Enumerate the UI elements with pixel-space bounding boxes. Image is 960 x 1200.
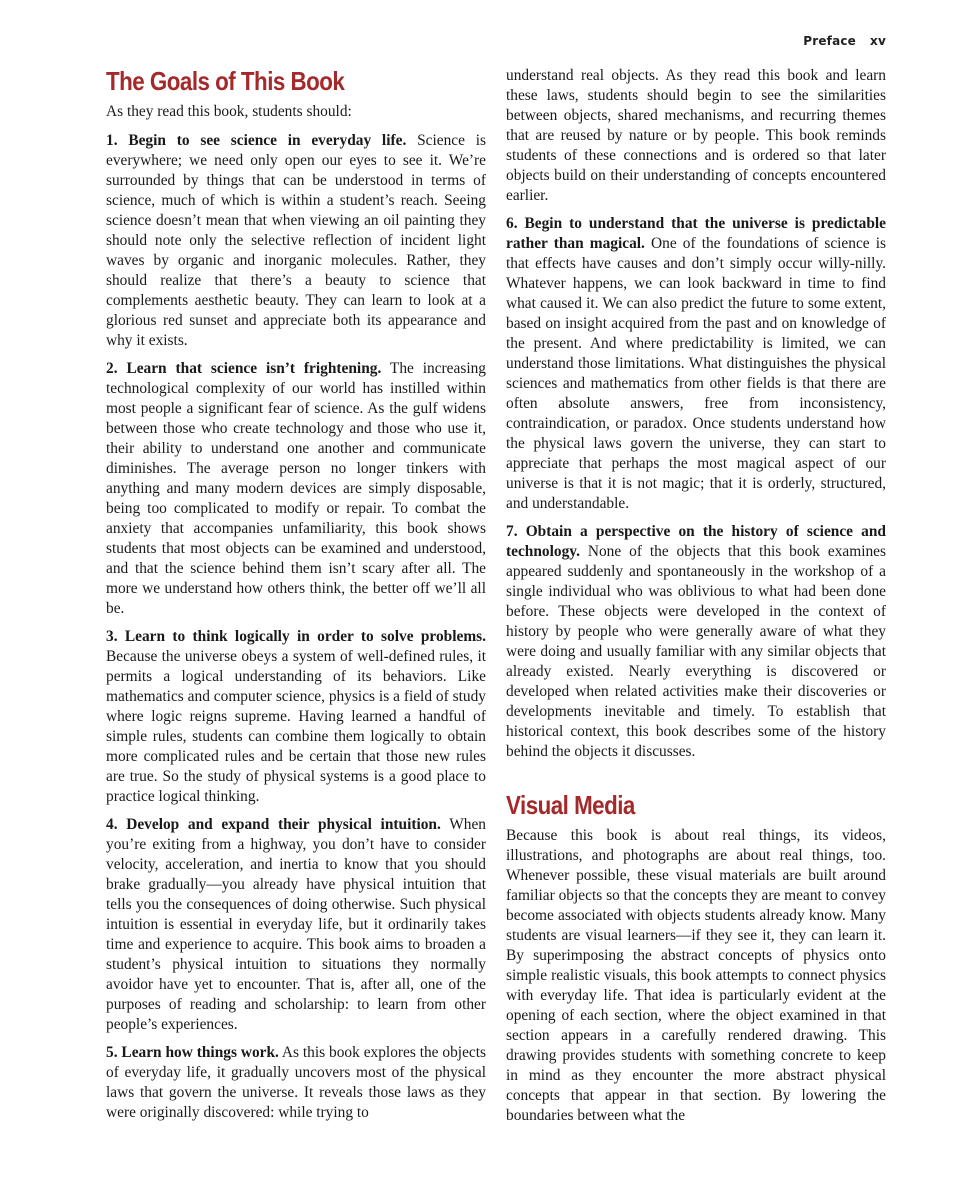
goal-item: 6. Begin to understand that the universe… xyxy=(506,214,886,514)
section-heading-goals: The Goals of This Book xyxy=(106,66,433,96)
goal-item: 5. Learn how things work. As this book e… xyxy=(106,1043,486,1123)
goal-item: 1. Begin to see science in everyday life… xyxy=(106,131,486,351)
goal-text: Science is everywhere; we need only open… xyxy=(106,132,486,349)
goal-item: 2. Learn that science isn’t frightening.… xyxy=(106,359,486,619)
running-head-section: Preface xyxy=(803,34,856,48)
goal-continuation: understand real objects. As they read th… xyxy=(506,66,886,206)
page-number: xv xyxy=(870,34,886,48)
goal-item: 3. Learn to think logically in order to … xyxy=(106,627,486,807)
goal-title: 5. Learn how things work. xyxy=(106,1044,279,1061)
goal-text: None of the objects that this book exami… xyxy=(506,543,886,760)
left-column: The Goals of This Book As they read this… xyxy=(106,64,486,1131)
running-head: Prefacexv xyxy=(803,34,886,48)
section-spacer xyxy=(506,770,886,788)
goal-title: 1. Begin to see science in everyday life… xyxy=(106,132,406,149)
goal-item: 7. Obtain a perspective on the history o… xyxy=(506,522,886,762)
goal-title: 3. Learn to think logically in order to … xyxy=(106,628,486,645)
goal-text: The increasing technological complexity … xyxy=(106,360,486,617)
goal-title: 2. Learn that science isn’t frightening. xyxy=(106,360,381,377)
section-heading-visual-media: Visual Media xyxy=(506,790,833,820)
goal-item: 4. Develop and expand their physical int… xyxy=(106,815,486,1035)
visual-media-text: Because this book is about real things, … xyxy=(506,826,886,1126)
goal-text: Because the universe obeys a system of w… xyxy=(106,648,486,805)
goal-title: 4. Develop and expand their physical int… xyxy=(106,816,441,833)
intro-text: As they read this book, students should: xyxy=(106,102,486,122)
goal-text: One of the foundations of science is tha… xyxy=(506,235,886,512)
goal-text: When you’re exiting from a highway, you … xyxy=(106,816,486,1033)
right-column: understand real objects. As they read th… xyxy=(506,66,886,1134)
